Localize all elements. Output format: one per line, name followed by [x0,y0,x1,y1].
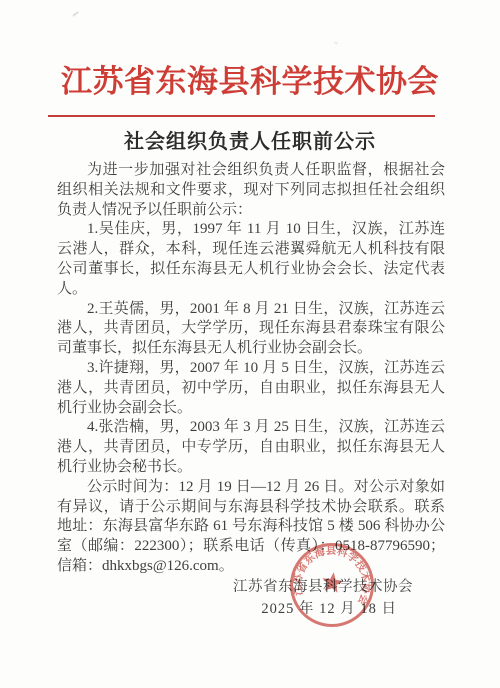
scanned-notice-page: 江苏省东海县科学技术协会 社会组织负责人任职前公示 为进一步加强对社会组织负责人… [0,0,500,688]
candidate-item-2: 2.王英儒，男，2001 年 8 月 21 日生，汉族，江苏连云港人，共青团员，… [57,300,445,359]
document-body: 为进一步加强对社会组织负责人任职监督，根据社会组织相关法规和文件要求，现对下列同… [57,161,445,577]
intro-paragraph: 为进一步加强对社会组织负责人任职监督，根据社会组织相关法规和文件要求，现对下列同… [57,161,445,220]
signature-org-name: 江苏省东海县科学技术协会 [233,575,413,596]
scan-artifact [334,41,338,44]
org-title: 江苏省东海县科学技术协会 [0,56,500,101]
signature-date: 2025 年 12 月 18 日 [261,597,397,618]
candidate-item-1: 1.吴佳庆，男，1997 年 11 月 10 日生，汉族，江苏连云港人，群众，本… [57,220,445,299]
candidate-item-4: 4.张浩楠，男，2003 年 3 月 25 日生，汉族，江苏连云港人，共青团员，… [57,418,445,477]
scan-artifact [72,11,79,17]
closing-paragraph: 公示时间为：12 月 19 日—12 月 26 日。对公示对象如有异议，请于公示… [57,478,445,577]
header-divider-rule [48,115,435,117]
document-title: 社会组织负责人任职前公示 [0,125,500,154]
candidate-item-3: 3.许捷翔，男，2007 年 10 月 5 日生，汉族，江苏连云港人，共青团员，… [57,359,445,418]
